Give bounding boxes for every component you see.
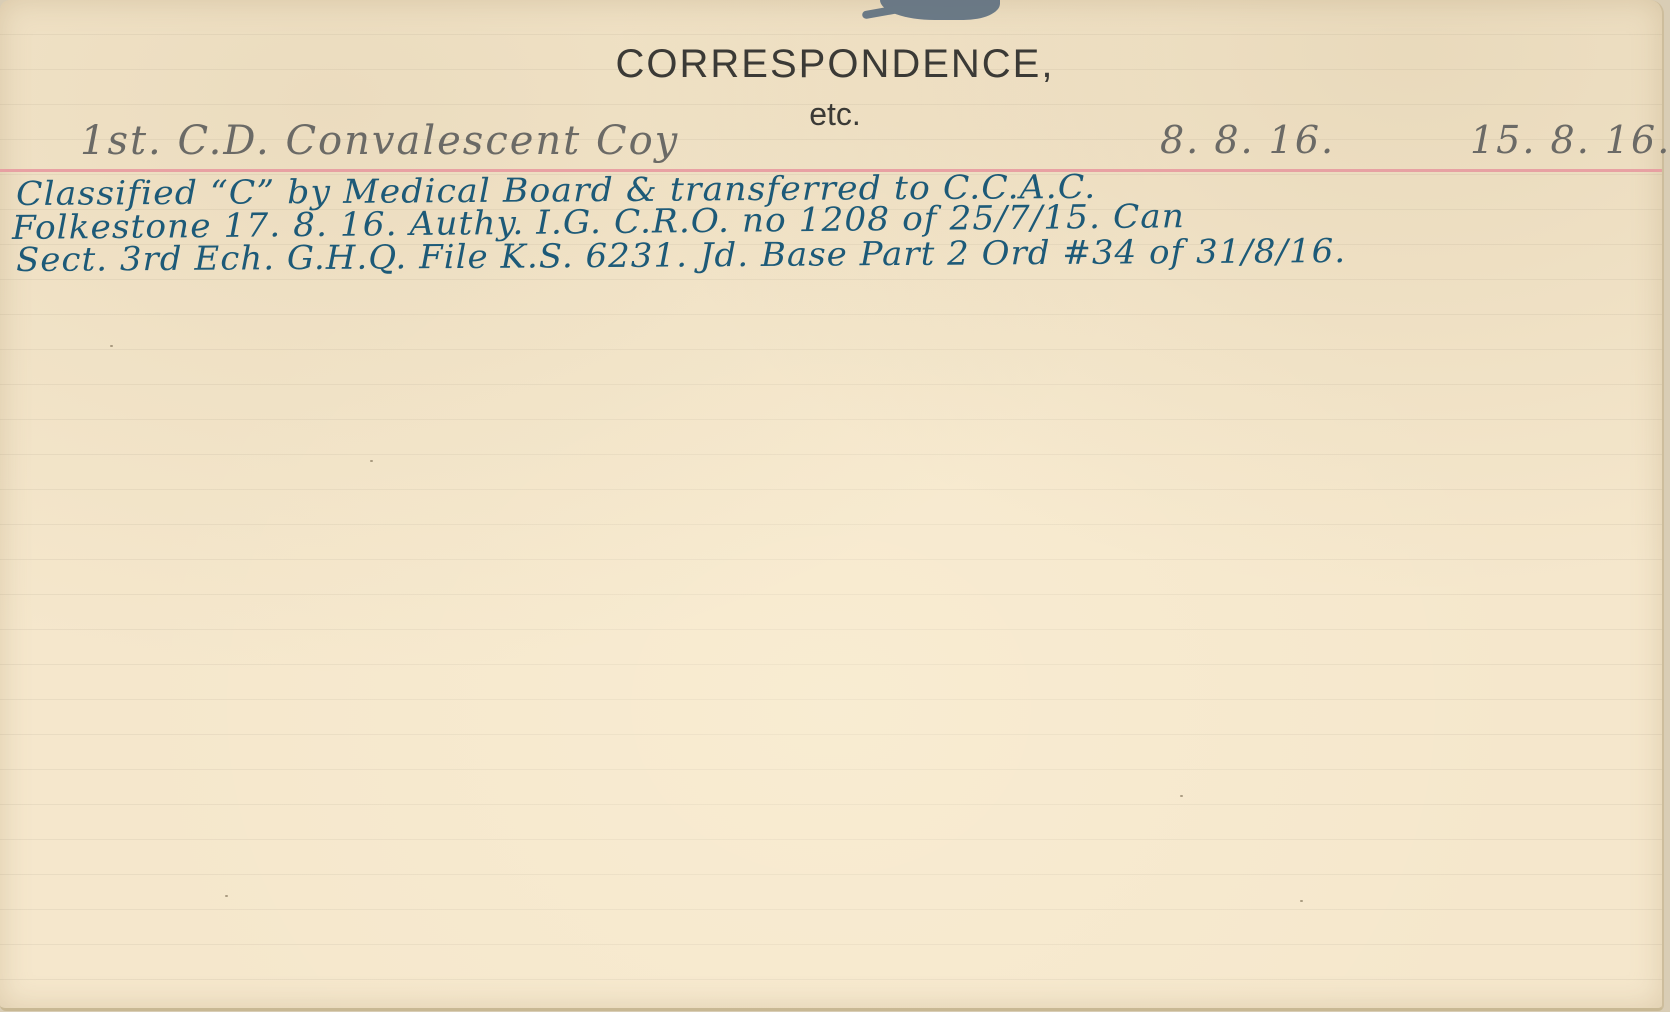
paper-speck	[110, 345, 113, 347]
correspondence-card: CORRESPONDENCE, etc. 1st. C.D. Convalesc…	[0, 0, 1664, 1011]
pencil-unit-entry: 1st. C.D. Convalescent Coy	[80, 118, 679, 164]
pencil-date-to: 15. 8. 16.	[1470, 118, 1670, 162]
ink-blot	[880, 0, 1000, 20]
paper-speck	[1180, 795, 1183, 797]
paper-speck	[225, 895, 228, 897]
paper-speck	[370, 460, 373, 462]
pencil-date-from: 8. 8. 16.	[1160, 118, 1335, 162]
paper-speck	[1300, 900, 1303, 902]
card-heading: CORRESPONDENCE,	[0, 42, 1670, 87]
ink-entry-line-3: Sect. 3rd Ech. G.H.Q. File K.S. 6231. Jd…	[16, 231, 1346, 279]
